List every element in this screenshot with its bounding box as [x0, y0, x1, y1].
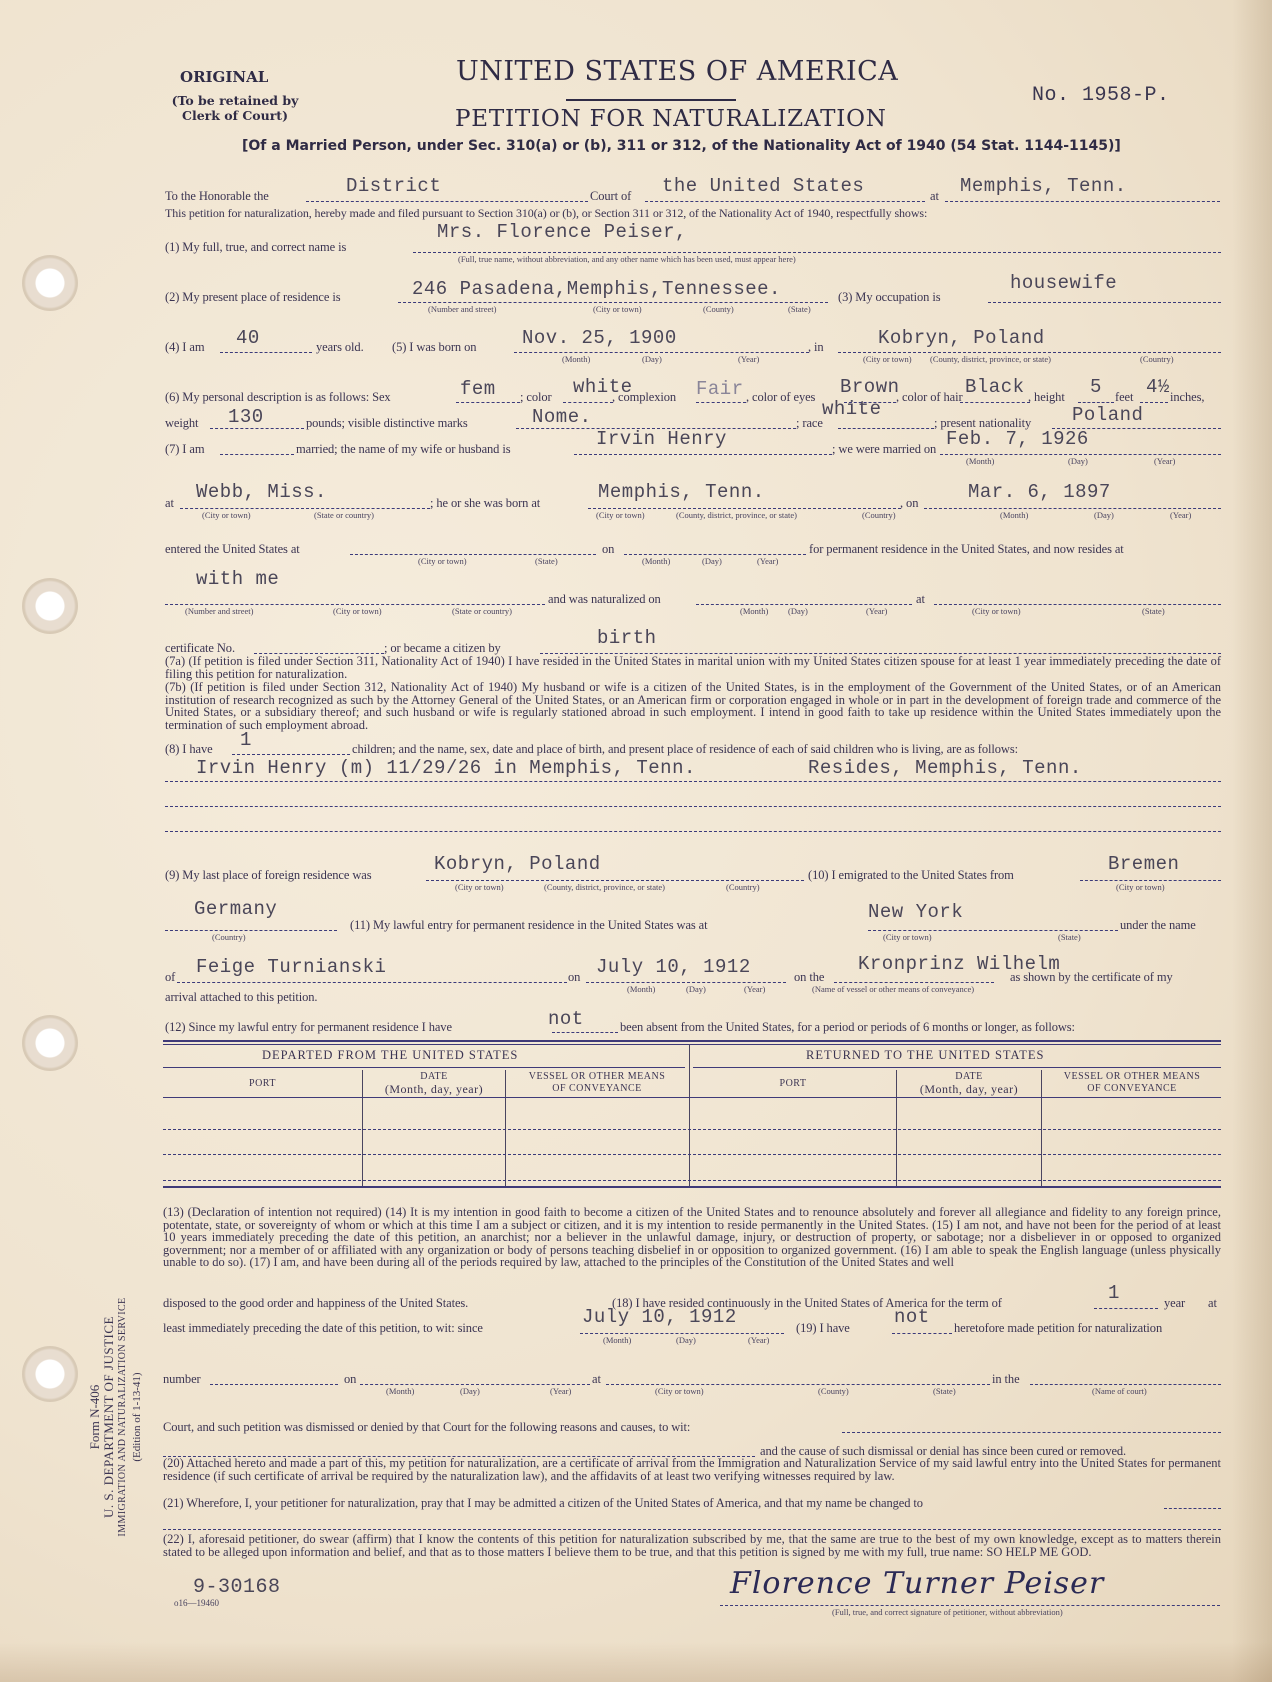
document-title: UNITED STATES OF AMERICA: [456, 56, 898, 87]
married-label: married; the name of my wife or husband …: [296, 442, 511, 457]
of-label: of: [165, 970, 175, 985]
race-value: white: [822, 398, 882, 420]
full-name-line: [413, 252, 1221, 253]
birth-caption-county: (County, district, province, or state): [930, 354, 1051, 364]
birth-in-label: , in: [808, 340, 824, 355]
occupation-value: housewife: [1010, 272, 1117, 294]
spouse-name-line: [574, 454, 832, 455]
spouse-date-caption-month: (Month): [1000, 510, 1028, 520]
married-at-value: Webb, Miss.: [196, 481, 327, 503]
married-at-line: [180, 508, 430, 509]
foreign-caption-city: (City or town): [455, 882, 504, 892]
since-caption-month: (Month): [603, 1335, 631, 1345]
marks-value: Nome.: [532, 406, 592, 428]
age-line: [220, 352, 312, 353]
full-name-value: Mrs. Florence Peiser,: [437, 221, 687, 243]
height-label: , height: [1028, 390, 1065, 405]
term-years-value: 1: [1108, 1282, 1120, 1304]
prior-caption-month: (Month): [386, 1386, 414, 1396]
age-value: 40: [236, 327, 260, 349]
married-date-line: [940, 454, 1221, 455]
naturalized-on-label: and was naturalized on: [548, 592, 661, 607]
court-name-value: the United States: [662, 175, 864, 197]
prior-caption-county: (County): [818, 1386, 849, 1396]
prior-petition-text: heretofore made petition for naturalizat…: [954, 1321, 1162, 1336]
col-port-label: PORT: [249, 1078, 276, 1089]
col-vessel-sublabel: OF CONVEYANCE: [1043, 1083, 1221, 1095]
items-13-17-text: (13) (Declaration of intention not requi…: [163, 1206, 1221, 1269]
table-top-rule-thin: [163, 1044, 1221, 1045]
color-line: [563, 402, 613, 403]
children-count-value: 1: [240, 729, 252, 751]
statute-line: [Of a Married Person, under Sec. 310(a) …: [242, 138, 1121, 154]
form-number: Form N-406: [88, 1262, 102, 1572]
prior-date-line: [360, 1384, 590, 1385]
married-caption-month: (Month): [966, 456, 994, 466]
emigrated-country-line: [165, 930, 337, 931]
least-preceding-label: least immediately preceding the date of …: [163, 1321, 483, 1336]
foreign-caption-country: (Country): [726, 882, 760, 892]
item-12-label: (12) Since my lawful entry for permanent…: [165, 1020, 452, 1035]
naturalized-caption-year: (Year): [866, 606, 887, 616]
col-vessel-label: VESSEL OR OTHER MEANS: [1043, 1071, 1221, 1083]
prior-place-line: [606, 1384, 990, 1385]
naturalized-caption-state: (State): [1142, 606, 1165, 616]
court-type-line: [306, 201, 588, 202]
spouse-birthdate-value: Mar. 6, 1897: [968, 481, 1111, 503]
sex-value: fem: [460, 378, 496, 400]
since-caption-year: (Year): [748, 1335, 769, 1345]
entry-place-value: New York: [868, 901, 963, 923]
prior-caption-court: (Name of court): [1092, 1386, 1147, 1396]
under-name-label: under the name: [1120, 918, 1196, 933]
since-caption-day: (Day): [676, 1335, 696, 1345]
entry-date-line: [586, 982, 786, 983]
vessel-caption: (Name of vessel or other means of convey…: [812, 984, 974, 994]
eyes-label: , color of eyes: [746, 390, 815, 405]
sex-line: [456, 402, 520, 403]
file-number: 9-30168: [193, 1576, 281, 1599]
col-header-date-departed: DATE (Month, day, year): [364, 1071, 504, 1095]
children-count-line: [232, 754, 350, 755]
col-header-port-returned: PORT: [692, 1078, 894, 1090]
prior-caption-year: (Year): [550, 1386, 571, 1396]
table-row: [163, 1154, 1221, 1155]
name-change-line-2: [163, 1529, 1221, 1530]
married-caption-day: (Day): [1068, 456, 1088, 466]
hair-value: Black: [965, 376, 1025, 398]
married-date-value: Feb. 7, 1926: [946, 428, 1089, 450]
birth-date-value: Nov. 25, 1900: [522, 327, 677, 349]
binder-hole-icon: [22, 1346, 78, 1402]
birth-caption-day: (Day): [642, 354, 662, 364]
child-3-line: [165, 831, 1221, 832]
col-header-vessel-returned: VESSEL OR OTHER MEANS OF CONVEYANCE: [1043, 1071, 1221, 1095]
table-row: [163, 1129, 1221, 1130]
prior-caption-state: (State): [933, 1386, 956, 1396]
item-10-label: (10) I emigrated to the United States fr…: [808, 868, 1014, 883]
form-edition: (Edition of 1-13-41): [130, 1262, 144, 1572]
service-name: IMMIGRATION AND NATURALIZATION SERVICE: [116, 1262, 130, 1572]
in-the-label: in the: [992, 1372, 1020, 1387]
court-name-line: [645, 201, 925, 202]
resides-at-line: [165, 604, 545, 605]
resides-caption-city: (City or town): [333, 606, 382, 616]
residence-caption-state: (State): [788, 304, 811, 314]
department-name: U. S. DEPARTMENT OF JUSTICE: [102, 1262, 116, 1572]
entry-caption-state: (State): [1058, 932, 1081, 942]
spouse-name-value: Irvin Henry: [596, 428, 727, 450]
print-code: o16—19460: [174, 1598, 219, 1608]
spouse-birthdate-line: [924, 508, 1221, 509]
hair-label: , color of hair: [896, 390, 963, 405]
signature-caption: (Full, true, and correct signature of pe…: [832, 1607, 1063, 1617]
table-top-rule: [163, 1040, 1221, 1042]
married-caption-year: (Year): [1154, 456, 1175, 466]
weight-line: [210, 428, 304, 429]
entry-date-value: July 10, 1912: [596, 956, 751, 978]
naturalized-caption-city: (City or town): [972, 606, 1021, 616]
residence-caption-county: (County): [703, 304, 734, 314]
child-1-line: [165, 781, 1221, 782]
absence-value: not: [548, 1008, 584, 1030]
height-inches-value: 4½: [1146, 376, 1170, 398]
inches-label: inches,: [1170, 390, 1204, 405]
child-1-residence: Resides, Memphis, Tenn.: [808, 757, 1082, 779]
emigrated-city-value: Bremen: [1108, 853, 1179, 875]
returned-subrule: [693, 1067, 1221, 1068]
eyes-value: Brown: [840, 376, 900, 398]
naturalized-at-label: at: [916, 592, 925, 607]
item-11-label: (11) My lawful entry for permanent resid…: [350, 918, 708, 933]
table-bottom-rule: [163, 1186, 1221, 1188]
court-dismissed-label: Court, and such petition was dismissed o…: [163, 1420, 690, 1435]
resides-at-value: with me: [196, 568, 279, 590]
became-citizen-value: birth: [597, 627, 657, 649]
entry-date-caption-day: (Day): [686, 984, 706, 994]
retained-note: (To be retained by Clerk of Court): [160, 93, 310, 123]
table-header-rule: [163, 1097, 1221, 1098]
item-5-label: (5) I was born on: [392, 340, 476, 355]
item-7a-text: (7a) (If petition is filed under Section…: [165, 655, 1221, 680]
birth-date-line: [514, 352, 809, 353]
petitioner-signature: Florence Turner Peiser: [730, 1566, 1104, 1601]
item-1-label: (1) My full, true, and correct name is: [165, 240, 346, 255]
col-vessel-label: VESSEL OR OTHER MEANS: [507, 1071, 687, 1083]
item-4-label: (4) I am: [165, 340, 204, 355]
court-of-label: Court of: [590, 189, 631, 204]
item-21-text: (21) Wherefore, I, your petitioner for n…: [163, 1496, 923, 1511]
occupation-line: [988, 302, 1221, 303]
residence-caption-city: (City or town): [593, 304, 642, 314]
entry-caption-city: (City or town): [883, 932, 932, 942]
birth-place-value: Kobryn, Poland: [878, 327, 1045, 349]
item-9-label: (9) My last place of foreign residence w…: [165, 868, 371, 883]
retained-note-line-1: (To be retained by: [160, 93, 310, 108]
spouse-birth-caption-city: (City or town): [596, 510, 645, 520]
disposed-label: disposed to the good order and happiness…: [163, 1296, 468, 1311]
spouse-birthplace-line: [588, 508, 901, 509]
entered-caption-year: (Year): [757, 556, 778, 566]
item-8-label: (8) I have: [165, 742, 213, 757]
absence-line: [552, 1032, 618, 1033]
as-shown-label: as shown by the certificate of my: [1010, 970, 1173, 985]
at-label-18: at: [1208, 1296, 1217, 1311]
item-3-label: (3) My occupation is: [838, 290, 941, 305]
complexion-line: [696, 402, 746, 403]
married-at-caption-city: (City or town): [202, 510, 251, 520]
entered-caption-month: (Month): [642, 556, 670, 566]
residence-line: [398, 302, 828, 303]
dismissal-reason-line: [842, 1432, 1221, 1433]
birth-caption-city: (City or town): [863, 354, 912, 364]
full-name-caption: (Full, true name, without abbreviation, …: [458, 254, 796, 264]
entry-name-value: Feige Turnianski: [196, 956, 386, 978]
spouse-birth-caption-county: (County, district, province, or state): [676, 510, 797, 520]
complexion-label: , complexion: [612, 390, 676, 405]
height-feet-line: [1078, 402, 1114, 403]
entry-place-line: [868, 930, 1118, 931]
year-label: year: [1164, 1296, 1185, 1311]
col-header-date-returned: DATE (Month, day, year): [898, 1071, 1040, 1095]
entered-on-label: on: [602, 542, 614, 557]
prior-number-line: [210, 1384, 338, 1385]
child-2-line: [165, 806, 1221, 807]
departed-header: DEPARTED FROM THE UNITED STATES: [262, 1048, 518, 1063]
item-2-label: (2) My present place of residence is: [165, 290, 341, 305]
col-date-sublabel: (Month, day, year): [364, 1083, 504, 1095]
permanent-residence-label: for permanent residence in the United St…: [809, 542, 1124, 557]
color-label: ; color: [520, 390, 552, 405]
spouse-date-caption-day: (Day): [1094, 510, 1114, 520]
since-date-value: July 10, 1912: [582, 1306, 737, 1328]
item-7-label: (7) I am: [165, 442, 204, 457]
entered-caption-day: (Day): [702, 556, 722, 566]
item-22-text: (22) I, aforesaid petitioner, do swear (…: [163, 1533, 1221, 1558]
married-on-label: ; we were married on: [832, 442, 936, 457]
court-type-value: District: [346, 175, 441, 197]
arrival-attached-label: arrival attached to this petition.: [165, 990, 317, 1005]
prior-petition-value: not: [894, 1306, 930, 1328]
court-location-value: Memphis, Tenn.: [960, 175, 1127, 197]
prior-petition-line: [892, 1333, 952, 1334]
col-header-port-departed: PORT: [165, 1078, 360, 1090]
table-row: [163, 1180, 1221, 1181]
item-7b-text: (7b) (If petition is filed under Section…: [165, 681, 1221, 731]
binder-hole-icon: [22, 255, 78, 311]
title-divider: [566, 99, 736, 101]
pounds-marks-label: pounds; visible distinctive marks: [306, 416, 468, 431]
entered-caption-city: (City or town): [418, 556, 467, 566]
spouse-date-caption-year: (Year): [1170, 510, 1191, 520]
prior-caption-day: (Day): [460, 1386, 480, 1396]
foreign-caption-county: (County, district, province, or state): [544, 882, 665, 892]
married-at-label: at: [165, 496, 174, 511]
binder-hole-icon: [22, 578, 78, 634]
married-at-caption-state: (State or country): [314, 510, 374, 520]
item-19-label: (19) I have: [796, 1321, 850, 1336]
birth-caption-country: (Country): [1140, 354, 1174, 364]
height-inches-line: [1140, 402, 1168, 403]
number-label: number: [163, 1372, 201, 1387]
petition-number: No. 1958-P.: [1032, 84, 1170, 107]
weight-label: weight: [165, 416, 198, 431]
children-text: children; and the name, sex, date and pl…: [352, 742, 1018, 757]
naturalized-on-line: [696, 604, 912, 605]
residence-caption-street: (Number and street): [428, 304, 496, 314]
petition-intro: This petition for naturalization, hereby…: [165, 206, 927, 221]
complexion-value: Fair: [696, 378, 744, 400]
on-the-label: on the: [794, 970, 824, 985]
prior-court-line: [1030, 1384, 1221, 1385]
col-vessel-sublabel: OF CONVEYANCE: [507, 1083, 687, 1095]
child-1-value: Irvin Henry (m) 11/29/26 in Memphis, Ten…: [196, 757, 696, 779]
years-old-label: years old.: [316, 340, 364, 355]
emigrated-city-caption: (City or town): [1116, 882, 1165, 892]
document-subtitle: PETITION FOR NATURALIZATION: [455, 106, 887, 132]
height-feet-value: 5: [1090, 376, 1102, 398]
entered-caption-state: (State): [535, 556, 558, 566]
resides-caption-state: (State or country): [452, 606, 512, 616]
residence-value: 246 Pasadena,Memphis,Tennessee.: [412, 278, 781, 300]
race-line: [838, 428, 934, 429]
birth-place-line: [838, 352, 1221, 353]
name-change-line: [1164, 1508, 1221, 1509]
naturalized-caption-day: (Day): [788, 606, 808, 616]
entry-date-caption-year: (Year): [744, 984, 765, 994]
signature-line: [720, 1605, 1220, 1606]
emigrated-city-line: [1080, 880, 1221, 881]
to-honorable-label: To the Honorable the: [165, 189, 269, 204]
term-years-line: [1094, 1308, 1158, 1309]
table-center-divider: [689, 1044, 690, 1188]
married-blank-line: [220, 454, 294, 455]
form-margin-info: Form N-406 U. S. DEPARTMENT OF JUSTICE I…: [88, 1262, 144, 1572]
entered-at-line: [350, 554, 596, 555]
emigrated-country-value: Germany: [194, 898, 277, 920]
absence-text: been absent from the United States, for …: [620, 1020, 1075, 1035]
item-20-text: (20) Attached hereto and made a part of …: [163, 1457, 1221, 1482]
hair-line: [960, 402, 1030, 403]
page-edge-shadow: [1232, 0, 1272, 1682]
item-6-label: (6) My personal description is as follow…: [165, 390, 391, 405]
prior-caption-city: (City or town): [655, 1386, 704, 1396]
vessel-line: [834, 982, 994, 983]
col-port-label: PORT: [780, 1078, 807, 1089]
entry-name-line: [177, 982, 567, 983]
col-header-vessel-departed: VESSEL OR OTHER MEANS OF CONVEYANCE: [507, 1071, 687, 1095]
weight-value: 130: [228, 406, 264, 428]
spouse-on-label: , on: [900, 496, 918, 511]
since-date-line: [580, 1333, 784, 1334]
resides-caption-street: (Number and street): [185, 606, 253, 616]
page-bottom-shadow: [0, 1642, 1272, 1682]
prior-at-label: at: [592, 1372, 601, 1387]
entry-date-caption-month: (Month): [627, 984, 655, 994]
binder-hole-icon: [22, 1015, 78, 1071]
feet-label: feet: [1115, 390, 1133, 405]
retained-note-line-2: Clerk of Court): [160, 108, 310, 123]
spouse-birthplace-value: Memphis, Tenn.: [598, 481, 765, 503]
naturalized-caption-month: (Month): [740, 606, 768, 616]
departed-subrule: [163, 1067, 685, 1068]
birth-caption-month: (Month): [562, 354, 590, 364]
birth-caption-year: (Year): [738, 354, 759, 364]
foreign-residence-line: [426, 880, 804, 881]
returned-header: RETURNED TO THE UNITED STATES: [806, 1048, 1044, 1063]
entered-on-line: [624, 554, 806, 555]
court-location-line: [945, 201, 1220, 202]
emigrated-country-caption: (Country): [212, 932, 246, 942]
naturalized-at-line: [934, 604, 1221, 605]
original-label: ORIGINAL: [180, 68, 268, 86]
race-label: ; race: [796, 416, 823, 431]
spouse-birth-caption-country: (Country): [862, 510, 896, 520]
spouse-born-label: ; he or she was born at: [430, 496, 540, 511]
entered-us-label: entered the United States at: [165, 542, 300, 557]
nationality-value: Poland: [1072, 404, 1143, 426]
col-date-sublabel: (Month, day, year): [898, 1083, 1040, 1095]
prior-on-label: on: [344, 1372, 356, 1387]
at-label: at: [930, 189, 939, 204]
foreign-residence-value: Kobryn, Poland: [434, 853, 601, 875]
entry-on-label: on: [568, 970, 580, 985]
